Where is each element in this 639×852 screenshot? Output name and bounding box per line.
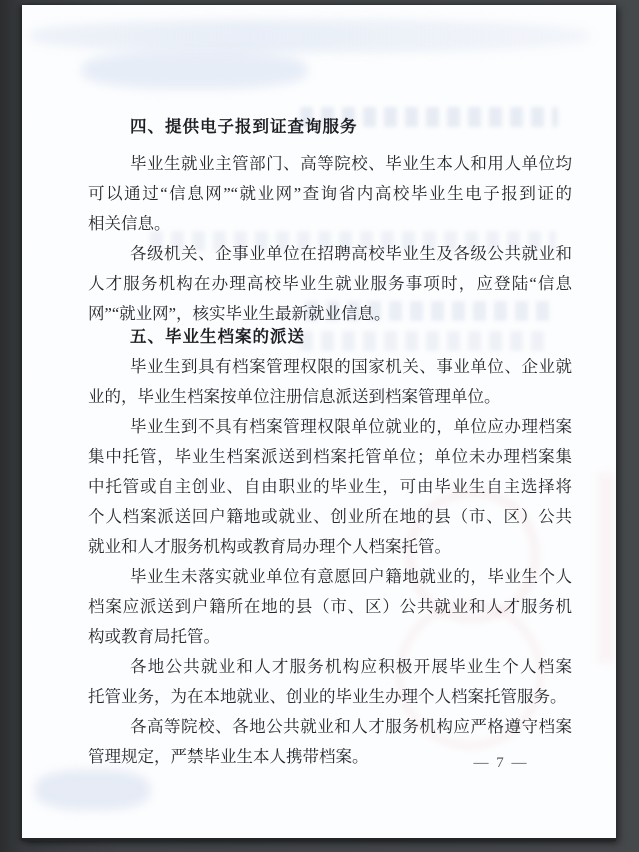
body-line: 托管业务，为在本地就业、创业的毕业生办理个人档案托管服务。 xyxy=(88,682,572,712)
body-line: 业的，毕业生档案按单位注册信息派送到档案管理单位。 xyxy=(88,382,572,412)
paragraph-block: 毕业生到具有档案管理权限的国家机关、事业单位、企业就业的，毕业生档案按单位注册信… xyxy=(88,352,572,412)
scan-smudge-top-left xyxy=(82,51,307,89)
paragraph-block: 各级机关、企事业单位在招聘高校毕业生及各级公共就业和人才服务机构在办理高校毕业生… xyxy=(88,239,572,329)
body-line: 毕业生到具有档案管理权限的国家机关、事业单位、企业就 xyxy=(88,352,572,382)
body-line: 档案应派送到户籍所在地的县（市、区）公共就业和人才服务机 xyxy=(88,592,572,622)
paragraph-block: 毕业生未落实就业单位有意愿回户籍地就业的，毕业生个人档案应派送到户籍所在地的县（… xyxy=(88,562,572,652)
body-line: 毕业生到不具有档案管理权限单位就业的，单位应办理档案 xyxy=(88,412,572,442)
section-heading-block: 四、提供电子报到证查询服务 xyxy=(88,112,572,142)
body-line: 各级机关、企事业单位在招聘高校毕业生及各级公共就业和 xyxy=(88,239,572,269)
body-line: 可以通过“信息网”“就业网”查询省内高校毕业生电子报到证的 xyxy=(88,179,572,209)
scanner-background: 四、提供电子报到证查询服务毕业生就业主管部门、高等院校、毕业生本人和用人单位均可… xyxy=(0,0,639,852)
document-body: 四、提供电子报到证查询服务毕业生就业主管部门、高等院校、毕业生本人和用人单位均可… xyxy=(88,112,572,772)
body-line: 人才服务机构在办理高校毕业生就业服务事项时，应登陆“信息 xyxy=(88,269,572,299)
body-line: 各高等院校、各地公共就业和人才服务机构应严格遵守档案 xyxy=(88,712,572,742)
body-line: 个人档案派送回户籍地或就业、创业所在地的县（市、区）公共 xyxy=(88,502,572,532)
paragraph-block: 各地公共就业和人才服务机构应积极开展毕业生个人档案托管业务，为在本地就业、创业的… xyxy=(88,652,572,712)
paragraph-block: 毕业生就业主管部门、高等院校、毕业生本人和用人单位均可以通过“信息网”“就业网”… xyxy=(88,149,572,239)
page-number: — 7 — xyxy=(445,755,557,772)
scan-smudge-bottom-left xyxy=(35,770,150,810)
body-line: 构或教育局托管。 xyxy=(88,622,572,652)
document-page: 四、提供电子报到证查询服务毕业生就业主管部门、高等院校、毕业生本人和用人单位均可… xyxy=(22,5,616,841)
body-line: 中托管或自主创业、自由职业的毕业生，可由毕业生自主选择将 xyxy=(88,472,572,502)
section-heading: 四、提供电子报到证查询服务 xyxy=(88,112,572,142)
body-line: 就业和人才服务机构或教育局办理个人档案托管。 xyxy=(88,532,572,562)
scan-smudge-top-band xyxy=(30,20,590,52)
stamp-bleedthrough-edge xyxy=(598,473,614,663)
body-line: 相关信息。 xyxy=(88,209,572,239)
body-line: 毕业生就业主管部门、高等院校、毕业生本人和用人单位均 xyxy=(88,149,572,179)
body-line: 各地公共就业和人才服务机构应积极开展毕业生个人档案 xyxy=(88,652,572,682)
body-line: 毕业生未落实就业单位有意愿回户籍地就业的，毕业生个人 xyxy=(88,562,572,592)
paragraph-block: 毕业生到不具有档案管理权限单位就业的，单位应办理档案集中托管，毕业生档案派送到档… xyxy=(88,412,572,562)
body-line: 集中托管，毕业生档案派送到档案托管单位；单位未办理档案集 xyxy=(88,442,572,472)
